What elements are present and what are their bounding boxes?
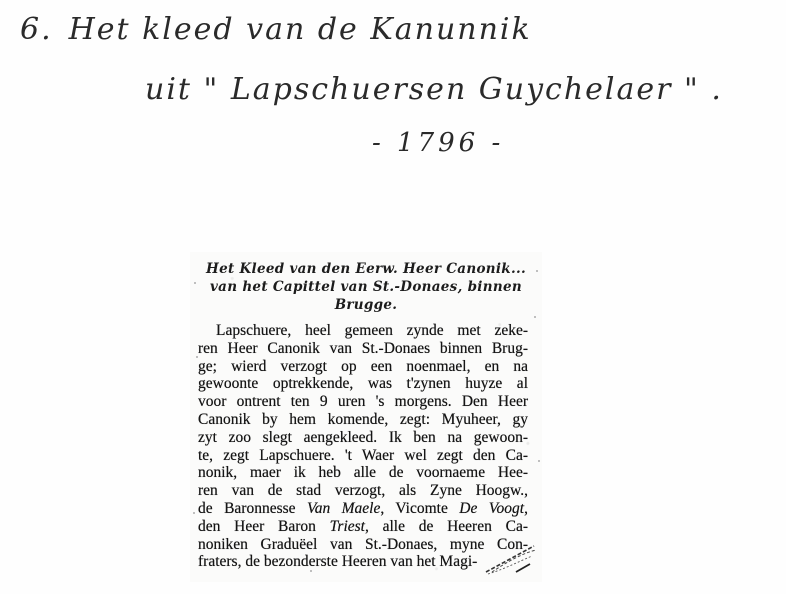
body-line: ge; wierd verzogt op een noenmael, en na bbox=[198, 358, 528, 376]
text-run: , Vicomte bbox=[380, 500, 459, 517]
name-de-voogt: De Voogt bbox=[459, 500, 524, 517]
scanned-page: 6.Het kleed van de Kanunnik uit " Lapsch… bbox=[0, 0, 786, 594]
body-line: te, zegt Lapschuere. 't Waer wel zegt de… bbox=[198, 447, 528, 465]
handwritten-year: - 1796 - bbox=[372, 128, 504, 158]
scan-speck bbox=[310, 570, 312, 572]
handwritten-title-line-1: 6.Het kleed van de Kanunnik bbox=[20, 12, 532, 47]
clipping-title: Het Kleed van den Eerw. Heer Canonik... … bbox=[190, 260, 542, 314]
handwritten-title-text: Het kleed van de Kanunnik bbox=[69, 12, 532, 47]
scan-speck bbox=[194, 282, 196, 284]
body-line: Canonik by hem komende, zegt: Myuheer, g… bbox=[198, 411, 528, 429]
scan-speck bbox=[534, 316, 536, 318]
quill-sketch-icon bbox=[482, 542, 540, 576]
body-line: voor ontrent ten 9 uren 's morgens. Den … bbox=[198, 393, 528, 411]
scan-speck bbox=[196, 356, 198, 358]
body-line: ren Heer Canonik van St.-Donaes binnen B… bbox=[198, 340, 528, 358]
clipping-title-line: Het Kleed van den Eerw. Heer Canonik... bbox=[190, 260, 542, 278]
text-run: de Baronnesse bbox=[198, 500, 307, 517]
body-line: nonik, maer ik heb alle de voornaeme Hee… bbox=[198, 464, 528, 482]
name-triest: Triest bbox=[330, 518, 365, 535]
handwritten-source-line: uit " Lapschuersen Guychelaer " . bbox=[145, 72, 723, 107]
text-run: den Heer Baron bbox=[198, 518, 330, 535]
clipping-title-line: Brugge. bbox=[190, 296, 542, 314]
body-line: zyt zoo slegt aengekleed. Ik ben na gewo… bbox=[198, 429, 528, 447]
scan-speck bbox=[538, 460, 540, 462]
item-number: 6. bbox=[20, 12, 53, 47]
name-van-maele: Van Maele bbox=[307, 500, 380, 517]
scan-speck bbox=[536, 270, 538, 272]
newspaper-clipping: Het Kleed van den Eerw. Heer Canonik... … bbox=[190, 252, 542, 582]
clipping-title-line: van het Capittel van St.-Donaes, binnen bbox=[190, 278, 542, 296]
body-line: Lapschuere, heel gemeen zynde met zeke- bbox=[198, 322, 528, 340]
body-line: gewoonte optrekkende, was t'zynen huyze … bbox=[198, 375, 528, 393]
scan-speck bbox=[193, 512, 195, 514]
text-run: , alle de Heeren Ca- bbox=[365, 518, 528, 535]
text-run: , bbox=[524, 500, 528, 517]
body-line: de Baronnesse Van Maele, Vicomte De Voog… bbox=[198, 500, 528, 518]
body-line: noniken Graduëel van St.-Donaes, myne Co… bbox=[198, 536, 528, 554]
body-line: ren van de stad verzogt, als Zyne Hoogw.… bbox=[198, 482, 528, 500]
clipping-body: Lapschuere, heel gemeen zynde met zeke- … bbox=[198, 322, 528, 571]
body-line: fraters, de bezonderste Heeren van het M… bbox=[198, 553, 528, 571]
body-line: den Heer Baron Triest, alle de Heeren Ca… bbox=[198, 518, 528, 536]
